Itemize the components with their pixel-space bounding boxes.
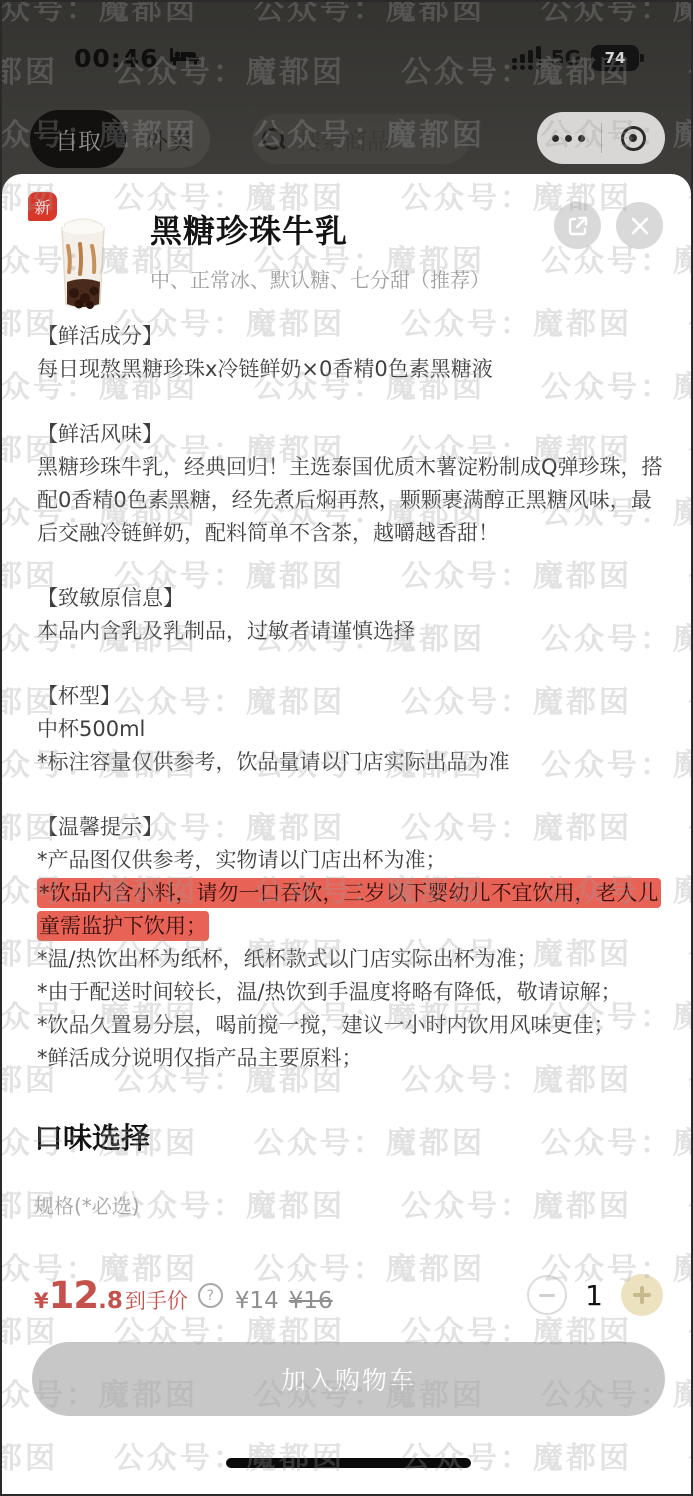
search-input[interactable]: 搜索商品 [252, 114, 470, 164]
description-line: 【鲜活风味】 [37, 418, 665, 451]
minus-icon [539, 1294, 555, 1297]
description-line: *由于配送时间较长，温/热饮到手温度将略有降低，敬请谅解； [37, 976, 665, 1009]
status-left: 00:46 [74, 44, 199, 73]
new-badge-label: 新 [34, 195, 50, 218]
search-icon [260, 126, 286, 152]
clock-time: 00:46 [74, 44, 159, 73]
more-dots-icon [552, 135, 585, 142]
app-screen: 00:46 5G 74 [0, 0, 693, 1496]
cellular-signal-icon [512, 46, 541, 70]
description-line: 每日现熬黑糖珍珠x冷链鲜奶×0香精0色素黑糖液 [37, 353, 665, 386]
add-to-cart-button[interactable]: 加入购物车 [32, 1342, 665, 1416]
description-line: *温/热饮出杯为纸杯，纸杯款式以门店实际出杯为准； [37, 943, 665, 976]
product-title: 黑糖珍珠牛乳 [150, 206, 348, 252]
target-circle-icon [621, 126, 646, 151]
description-line: 本品内含乳及乳制品，过敏者请谨慎选择 [37, 615, 665, 648]
price-decimal: .8 [98, 1288, 123, 1314]
description-line: 中杯500ml [37, 713, 665, 746]
close-icon [629, 215, 651, 237]
description-line: 【温馨提示】 [37, 811, 665, 844]
home-indicator[interactable] [226, 1458, 471, 1468]
price-integer: 12 [49, 1274, 99, 1317]
product-description: 【鲜活成分】每日现熬黑糖珍珠x冷链鲜奶×0香精0色素黑糖液【鲜活风味】黑糖珍珠牛… [37, 320, 665, 1107]
tab-delivery-label: 外卖 [145, 129, 191, 155]
product-detail-sheet: 新 黑糖珍珠牛乳 中、 [2, 174, 691, 1496]
status-right: 5G 74 [512, 45, 639, 71]
close-button[interactable] [616, 202, 663, 249]
quantity-value: 1 [585, 1279, 603, 1312]
new-badge: 新 [28, 192, 57, 221]
currency-symbol: ¥ [34, 1289, 49, 1313]
battery-percent: 74 [605, 49, 626, 67]
status-bar: 00:46 5G 74 [2, 38, 691, 78]
plus-icon-v [640, 1286, 644, 1304]
product-image: 新 [32, 198, 134, 314]
description-line: *饮品内含小料，请勿一口吞饮，三岁以下婴幼儿不宜饮用，老人儿童需监护下饮用； [37, 877, 665, 943]
share-icon [566, 214, 590, 238]
spec-required-label: 规格(*必选) [34, 1190, 140, 1219]
description-line: *标注容量仅供参考，饮品量请以门店实际出品为准 [37, 746, 665, 779]
red-marker-highlight: *饮品内含小料，请勿一口吞饮，三岁以下婴幼儿不宜饮用，老人儿童需监护下饮用； [37, 878, 661, 941]
help-question-mark: ? [207, 1288, 214, 1304]
description-block: 【鲜活风味】黑糖珍珠牛乳，经典回归！主选泰国优质木薯淀粉制成Q弹珍珠，搭配0香精… [37, 418, 665, 550]
battery-icon: 74 [591, 45, 639, 71]
minimize-button[interactable] [602, 112, 666, 164]
description-line: 黑糖珍珠牛乳，经典回归！主选泰国优质木薯淀粉制成Q弹珍珠，搭配0香精0色素黑糖，… [37, 451, 665, 550]
strike-price: ¥16 [289, 1288, 333, 1314]
bed-sleep-icon [169, 46, 199, 70]
price-bar: ¥ 12 .8 到手价 ? ¥14 ¥16 1 [2, 1274, 691, 1330]
price-suffix-label: 到手价 [125, 1285, 188, 1315]
description-block: 【杯型】中杯500ml*标注容量仅供参考，饮品量请以门店实际出品为准 [37, 680, 665, 779]
description-line: *饮品久置易分层，喝前搅一搅，建议一小时内饮用风味更佳； [37, 1009, 665, 1042]
price-help-icon[interactable]: ? [198, 1283, 223, 1308]
description-line: 【杯型】 [37, 680, 665, 713]
product-subtitle: 中、正常冰、默认糖、七分甜（推荐） [150, 264, 490, 293]
description-line: 【致敏原信息】 [37, 582, 665, 615]
original-price: ¥14 [235, 1288, 279, 1314]
description-line: 【鲜活成分】 [37, 320, 665, 353]
tab-pickup-label: 自取 [55, 123, 101, 156]
miniprogram-capsule [537, 112, 665, 164]
description-line: *产品图仅供参考，实物请以门店出杯为准； [37, 844, 665, 877]
tab-delivery[interactable]: 外卖 [126, 123, 210, 156]
product-header: 新 黑糖珍珠牛乳 中、 [2, 194, 691, 334]
quantity-increase-button[interactable] [621, 1274, 663, 1316]
description-line: *鲜活成分说明仅指产品主要原料； [37, 1042, 665, 1075]
price-group: ¥ 12 .8 到手价 ? ¥14 ¥16 [34, 1274, 333, 1317]
description-block: 【鲜活成分】每日现熬黑糖珍珠x冷链鲜奶×0香精0色素黑糖液 [37, 320, 665, 386]
order-mode-switch: 自取 外卖 [30, 110, 210, 168]
dimmed-backdrop [2, 2, 691, 202]
description-block: 【温馨提示】*产品图仅供参考，实物请以门店出杯为准；*饮品内含小料，请勿一口吞饮… [37, 811, 665, 1075]
search-placeholder: 搜索商品 [298, 123, 390, 156]
nav-row: 自取 外卖 搜索商品 [2, 108, 691, 170]
quantity-decrease-button[interactable] [527, 1275, 567, 1315]
share-button[interactable] [554, 202, 601, 249]
flavor-section-title: 口味选择 [34, 1116, 150, 1157]
network-type-label: 5G [551, 46, 581, 70]
more-options-button[interactable] [537, 112, 601, 164]
description-block: 【致敏原信息】本品内含乳及乳制品，过敏者请谨慎选择 [37, 582, 665, 648]
quantity-stepper: 1 [527, 1274, 663, 1316]
tab-pickup[interactable]: 自取 [30, 110, 126, 168]
